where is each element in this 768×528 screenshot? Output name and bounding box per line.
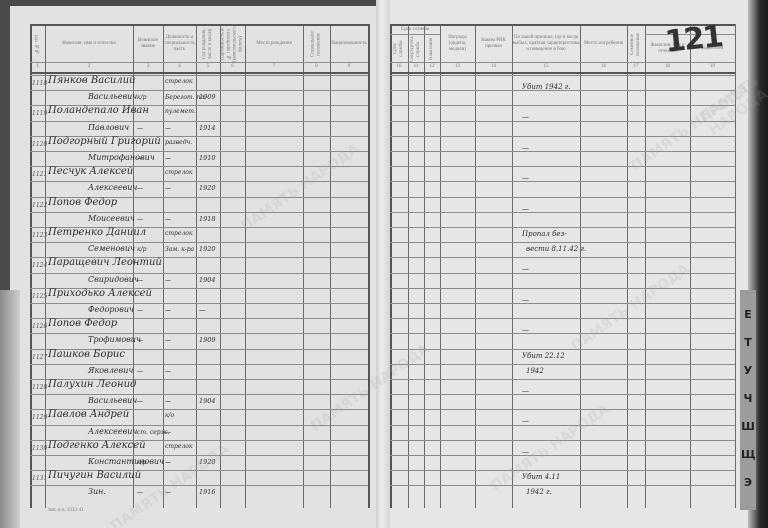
index-tab-letter[interactable]: Щ (741, 448, 755, 461)
row-rule (390, 409, 735, 410)
row-rule (390, 379, 735, 380)
entry-unit: — (165, 337, 171, 344)
entry-birth-year: 1916 (199, 488, 216, 496)
row-rule (390, 318, 735, 319)
entry-rank: — (137, 277, 143, 284)
column-rule (645, 24, 646, 508)
header-col-12: Наказания (424, 36, 440, 62)
entry-patronymic: Васильевич (88, 396, 137, 405)
row-rule (390, 227, 735, 228)
entry-name: Поландепало Иван (48, 105, 149, 116)
entry-patronymic: Трофимович (88, 335, 141, 344)
entry-name: Подгенко Алексей (48, 440, 146, 451)
column-number: 16 (580, 64, 627, 69)
entry-number: 1120 (32, 141, 47, 148)
entry-rank: — (137, 125, 143, 132)
entry-name: Паращевич Леонтий (48, 257, 162, 268)
column-number: 8 (303, 64, 330, 69)
entry-unit: — (165, 459, 171, 466)
entry-remark: Убит 1942 г. (522, 83, 571, 91)
entry-birth-year: 1904 (199, 397, 216, 405)
entry-remark: — (522, 296, 529, 304)
column-rule (368, 24, 370, 508)
index-tab-letter[interactable]: Т (741, 336, 755, 349)
row-rule (390, 470, 735, 471)
column-number: 2 (45, 64, 133, 69)
header-col-16: Место погребения (580, 26, 627, 62)
entry-number: 1121 (32, 171, 47, 178)
left-binding-edge (0, 290, 20, 528)
row-rule (390, 166, 735, 167)
entry-remark-continued: 1942 г. (526, 488, 552, 496)
column-number: 12 (424, 64, 440, 69)
header-col-1: №№ п/п (30, 26, 45, 62)
column-rule (440, 24, 441, 508)
entry-patronymic: Алексеевич (88, 427, 137, 436)
entry-remark-continued: 1942 (526, 367, 544, 375)
row-rule (30, 394, 368, 395)
column-rule (690, 24, 691, 508)
column-rule (390, 24, 392, 508)
entry-number: 1124 (32, 262, 47, 269)
row-rule (390, 349, 735, 350)
entry-name: Павлов Андрей (48, 409, 129, 420)
entry-rank: — (137, 307, 143, 314)
entry-position: стрелок (165, 230, 192, 237)
entry-unit: — (165, 398, 171, 405)
column-number: 4 (163, 64, 196, 69)
entry-remark: — (522, 205, 529, 213)
entry-unit: Зам. к-ра (165, 246, 194, 253)
row-rule (390, 75, 735, 76)
column-number: 5 (196, 64, 220, 69)
row-rule (390, 288, 735, 289)
row-rule (390, 333, 735, 334)
entry-rank: к/р (137, 94, 146, 101)
header-col-7: Место рождения (245, 26, 303, 62)
entry-patronymic: Павлович (88, 123, 129, 132)
entry-unit: — (165, 277, 171, 284)
entry-patronymic: Зин. (88, 487, 106, 496)
entry-patronymic: Алексеевич (88, 183, 137, 192)
header-col-2: Фамилия, имя и отчество (45, 26, 133, 62)
entry-birth-year: 1910 (199, 154, 216, 162)
index-tab-letter[interactable]: Е (741, 308, 755, 321)
column-rule (245, 24, 246, 508)
row-rule (390, 212, 735, 213)
entry-rank: — (137, 216, 143, 223)
column-number: 17 (627, 64, 645, 69)
entry-remark: Пропал без- (522, 230, 567, 238)
entry-birth-year: 1904 (199, 276, 216, 284)
book-spine (376, 0, 390, 528)
header-col-15: По какой причине, где и когда выбыл, кра… (512, 26, 580, 62)
entry-birth-year: 1909 (199, 336, 216, 344)
entry-patronymic: Федорович (88, 305, 134, 314)
group-header-rule (390, 34, 440, 35)
column-number: 10 (390, 64, 408, 69)
row-rule (390, 303, 735, 304)
entry-name: Пянков Василий (48, 75, 136, 86)
entry-patronymic: Свиридович (88, 275, 139, 284)
right-page (382, 0, 748, 528)
header-col-17: Семейное положение (627, 26, 645, 62)
entry-unit: — (165, 185, 171, 192)
row-rule (30, 151, 368, 152)
index-tab-letter[interactable]: Ч (741, 392, 755, 405)
entry-number: 1118 (32, 80, 47, 87)
entry-number: 1127 (32, 354, 47, 361)
entry-number: 1119 (32, 110, 47, 117)
column-number-rule (390, 72, 735, 74)
entry-remark: — (522, 113, 529, 121)
row-rule (30, 333, 368, 334)
row-rule (30, 303, 368, 304)
entry-number: 1122 (32, 202, 47, 209)
row-rule (390, 485, 735, 486)
header-col-14: Каким РВК призван (475, 26, 512, 62)
row-rule (390, 197, 735, 198)
column-number: 18 (645, 64, 690, 69)
row-rule (30, 273, 368, 274)
entry-remark-continued: вести 8.11.42 г. (526, 245, 586, 253)
header-col-3: Воинское звание (133, 26, 163, 62)
column-rule (512, 24, 513, 508)
header-bottom-rule (30, 62, 368, 63)
column-number: 6 (220, 64, 245, 69)
header-col-9: Национальность (330, 26, 368, 62)
entry-unit: — (165, 216, 171, 223)
row-rule (30, 121, 368, 122)
column-rule (303, 24, 304, 508)
column-rule (475, 24, 476, 508)
entry-patronymic: Митрофанович (88, 153, 155, 162)
entry-patronymic: Яковлевич (88, 366, 133, 375)
entry-rank: — (137, 489, 143, 496)
entry-name: Песчук Алексей (48, 166, 133, 177)
entry-rank: — (137, 155, 143, 162)
entry-patronymic: Константинович (88, 457, 164, 466)
entry-name: Пичугин Василий (48, 470, 141, 481)
entry-name: Попов Федор (48, 318, 117, 329)
entry-unit: — (165, 368, 171, 375)
entry-unit: — (165, 155, 171, 162)
header-col-5: Год рождения, число и месяц (196, 26, 220, 62)
row-rule (30, 364, 368, 365)
entry-position: разведч. (165, 139, 192, 146)
column-number: 9 (330, 64, 368, 69)
entry-unit: — (165, 125, 171, 132)
header-bottom-rule (390, 62, 735, 63)
entry-number: 1125 (32, 293, 47, 300)
header-col-4: Должность и специальность, часть (163, 26, 196, 62)
entry-name: Пашков Борис (48, 349, 125, 360)
row-rule (30, 242, 368, 243)
column-number: 11 (408, 64, 424, 69)
entry-remark: — (522, 144, 529, 152)
row-rule (390, 151, 735, 152)
entry-remark: Убит 4.11 (522, 473, 560, 481)
column-rule (424, 24, 425, 508)
entry-birth-year: 1914 (199, 124, 216, 132)
entry-remark: — (522, 174, 529, 182)
row-rule (30, 485, 368, 486)
entry-birth-year: — (199, 306, 206, 314)
entry-rank: к/р (137, 246, 146, 253)
header-col-10: Срок службы (390, 36, 408, 62)
column-rule (220, 24, 221, 508)
entry-birth-year: 1918 (199, 215, 216, 223)
column-rule (627, 24, 628, 508)
entry-rank: — (137, 398, 143, 405)
row-rule (390, 455, 735, 456)
entry-number: 1130 (32, 445, 47, 452)
header-col-11: Сверхсрочн. служба (408, 36, 424, 62)
entry-birth-year: 1909 (199, 93, 216, 101)
row-rule (30, 455, 368, 456)
row-rule (390, 181, 735, 182)
entry-number: 1131 (32, 475, 47, 482)
entry-position: стрелок (165, 78, 192, 85)
column-number: 19 (690, 64, 735, 69)
row-rule (390, 425, 735, 426)
header-col-8: Социальное положение (303, 26, 330, 62)
column-number-rule (30, 72, 368, 74)
column-rule (408, 24, 409, 508)
entry-patronymic: Семенович (88, 244, 135, 253)
entry-position: к/о (165, 412, 174, 419)
row-rule (30, 212, 368, 213)
entry-birth-year: 1920 (199, 184, 216, 192)
row-rule (390, 364, 735, 365)
entry-remark: — (522, 387, 529, 395)
entry-name: Приходько Алексей (48, 288, 152, 299)
header-col-6: Партийность и № партбилета (комсомольско… (220, 26, 245, 62)
entry-rank: к/р (137, 459, 146, 466)
index-tab-letter[interactable]: Ш (741, 420, 755, 433)
entry-name: Попов Федор (48, 197, 117, 208)
column-number: 1 (30, 64, 45, 69)
entry-remark: Убит 22.12 (522, 352, 565, 360)
entry-rank: — (137, 337, 143, 344)
row-rule (390, 394, 735, 395)
entry-name: Подгорный Григорий (48, 136, 161, 147)
index-tab-letter[interactable]: У (741, 364, 755, 377)
alphabet-index-tabs[interactable]: ЕТУЧШЩЭ (740, 290, 756, 510)
entry-patronymic: Моисеевич (88, 214, 135, 223)
entry-remark: — (522, 326, 529, 334)
entry-number: 1123 (32, 232, 47, 239)
entry-rank: — (137, 368, 143, 375)
column-number: 7 (245, 64, 303, 69)
entry-remark: — (522, 265, 529, 273)
entry-patronymic: Васильевич (88, 92, 137, 101)
row-rule (390, 257, 735, 258)
entry-number: 1129 (32, 414, 47, 421)
entry-number: 1126 (32, 323, 47, 330)
row-rule (390, 105, 735, 106)
column-number: 3 (133, 64, 163, 69)
entry-position: стрелок (165, 443, 192, 450)
footer-print-mark: тип. к-к. 3333-41 (48, 508, 84, 513)
entry-remark: — (522, 417, 529, 425)
group-header-service-term: Срок службы (390, 25, 440, 34)
entry-name: Палухин Леонид (48, 379, 136, 390)
row-rule (390, 242, 735, 243)
entry-number: 1128 (32, 384, 47, 391)
index-tab-letter[interactable]: Э (741, 476, 755, 489)
entry-unit: — (165, 429, 171, 436)
row-rule (30, 90, 368, 91)
column-rule (330, 24, 331, 508)
entry-birth-year: 1920 (199, 245, 216, 253)
entry-name: Петренко Даниил (48, 227, 146, 238)
header-col-13: Награды (ордена, медали) (440, 26, 475, 62)
entry-rank: — (137, 185, 143, 192)
column-number: 15 (512, 64, 580, 69)
sheet-stamp-number: 121 (663, 19, 723, 60)
entry-unit: — (165, 307, 171, 314)
column-number: 14 (475, 64, 512, 69)
entry-position: пулемет. (165, 108, 196, 115)
entry-position: стрелок (165, 169, 192, 176)
column-number: 13 (440, 64, 475, 69)
